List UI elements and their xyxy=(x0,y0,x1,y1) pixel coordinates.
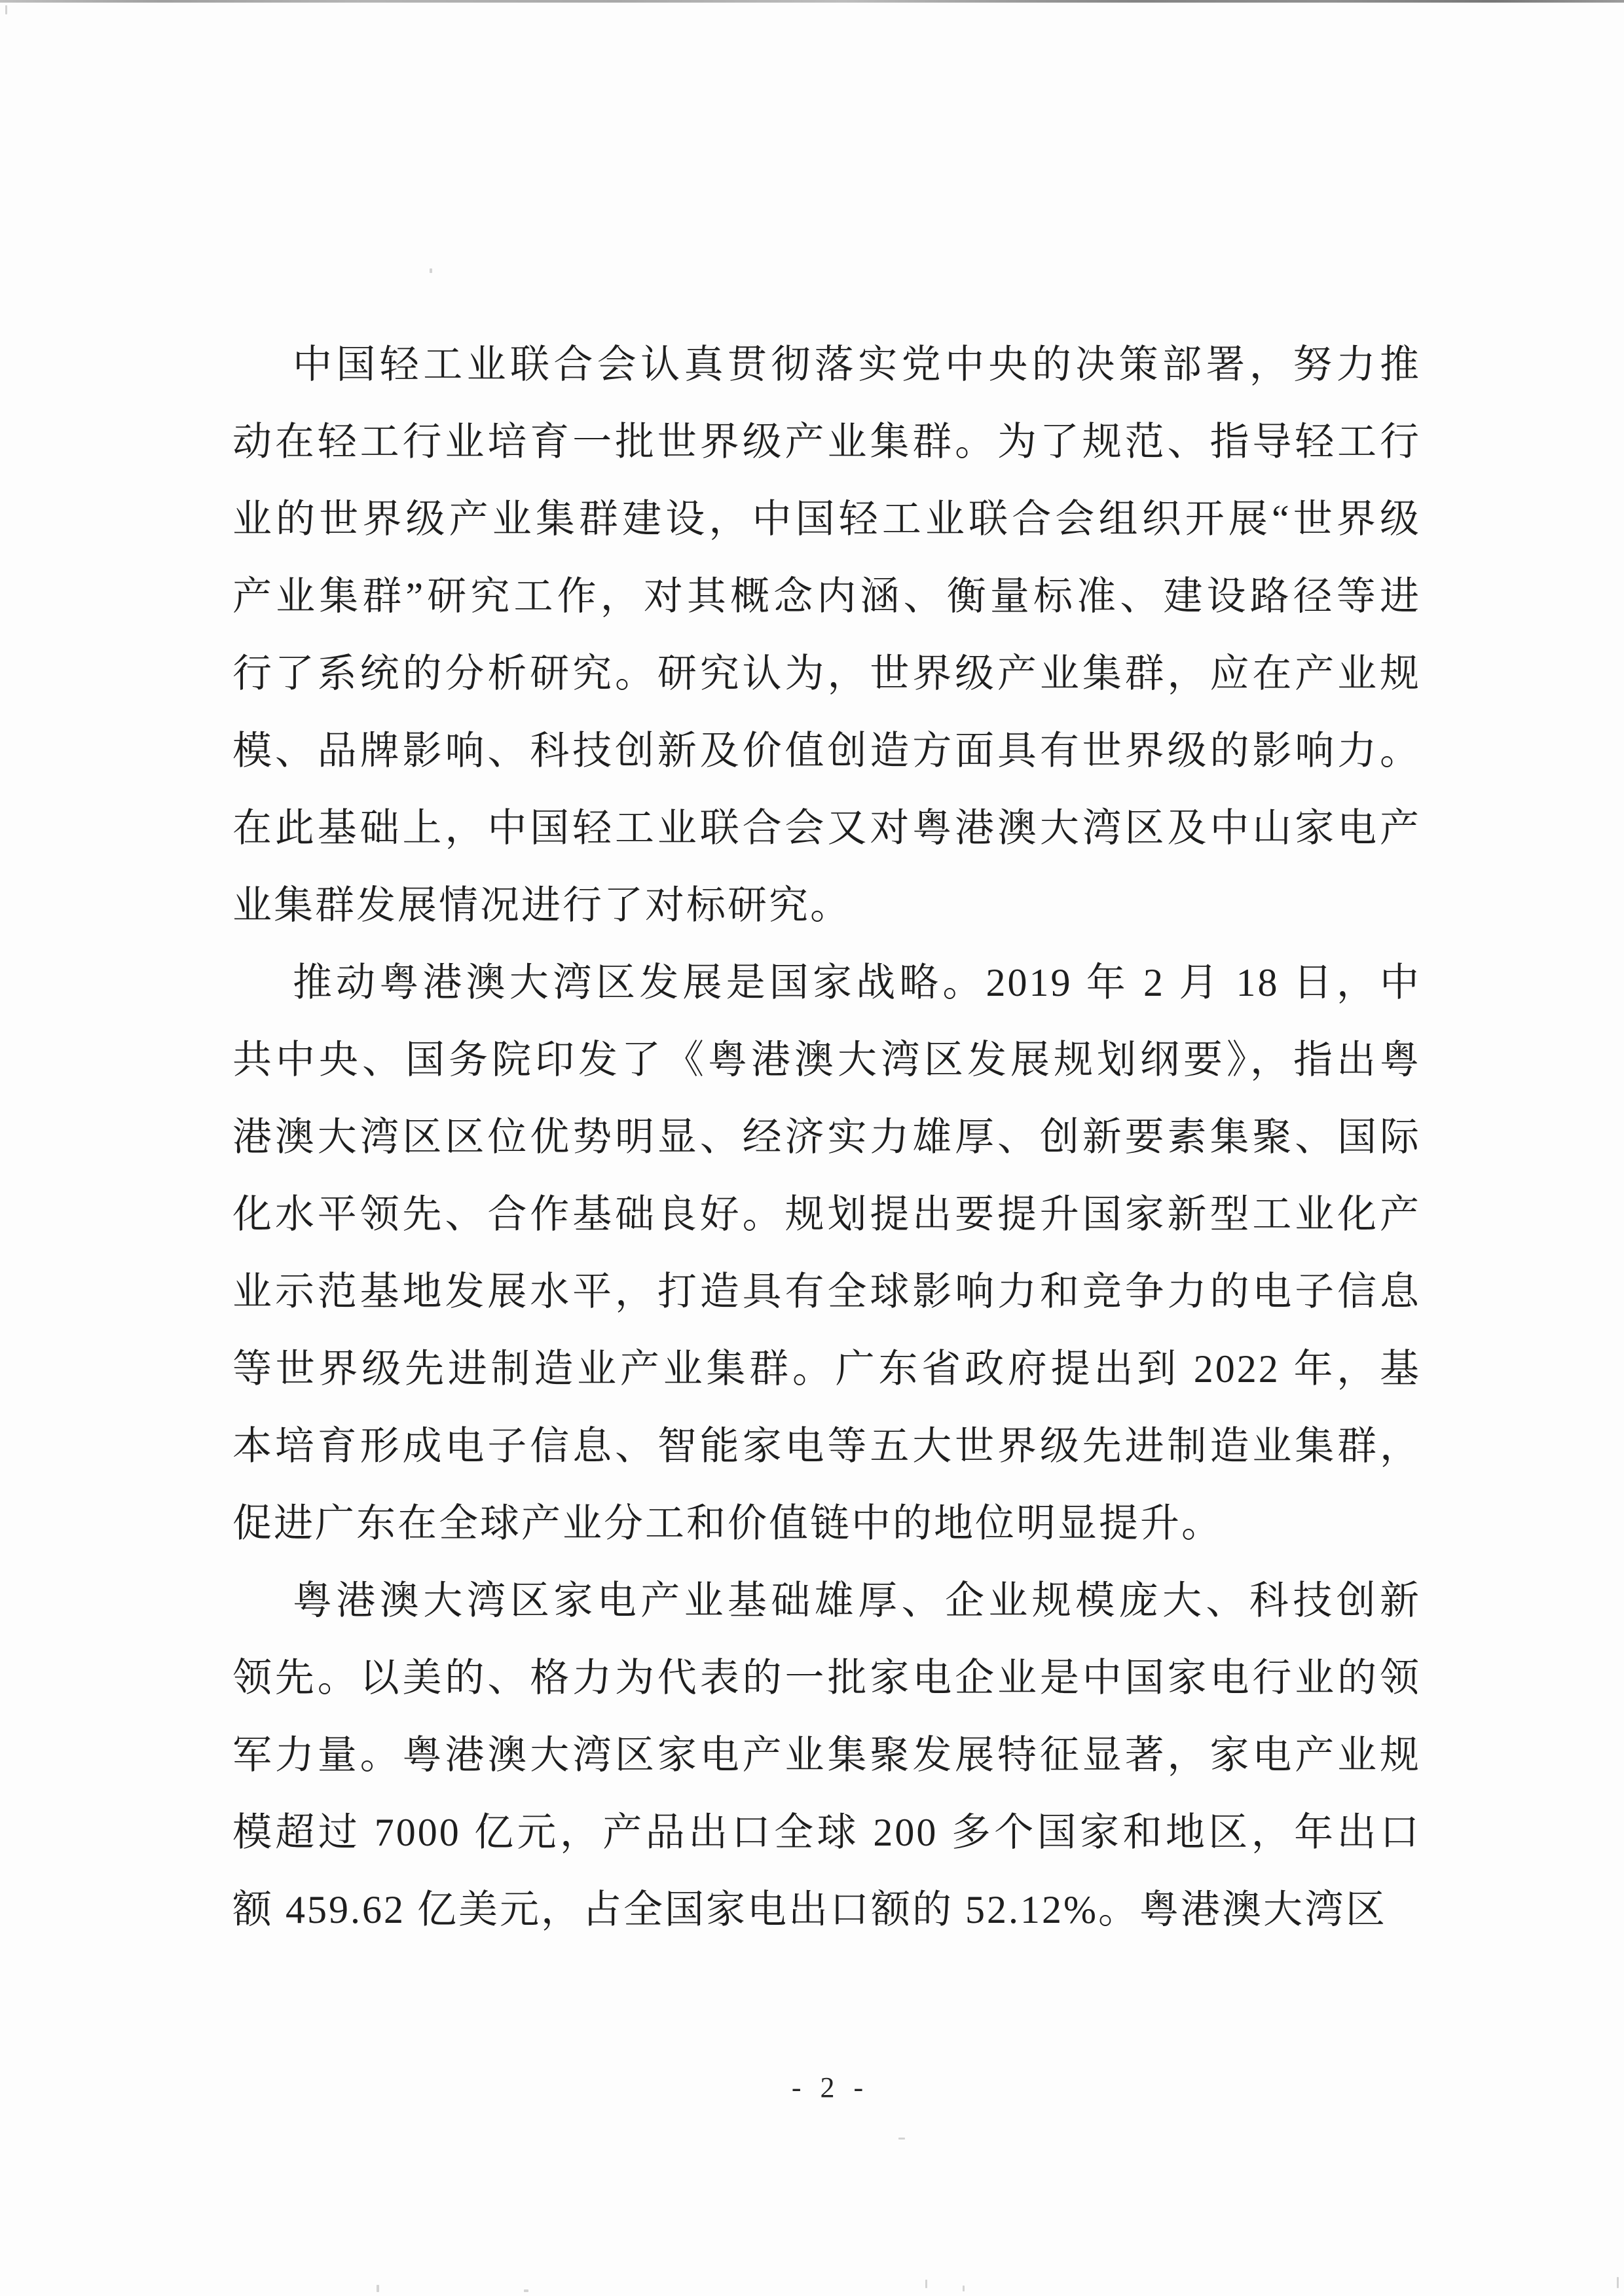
text-line: 额 459.62 亿美元，占全国家电出口额的 52.12%。粤港澳大湾区 xyxy=(232,1871,1421,1948)
scan-speck xyxy=(1617,2277,1619,2288)
text-line: 业示范基地发展水平，打造具有全球影响力和竞争力的电子信息 xyxy=(232,1253,1421,1330)
text-line: 军力量。粤港澳大湾区家电产业集聚发展特征显著，家电产业规 xyxy=(232,1717,1421,1794)
page-number: - 2 - xyxy=(18,2071,1624,2105)
scan-speck xyxy=(898,2138,905,2140)
text-line: 粤港澳大湾区家电产业基础雄厚、企业规模庞大、科技创新 xyxy=(232,1562,1421,1639)
text-line: 本培育形成电子信息、智能家电等五大世界级先进制造业集群， xyxy=(232,1408,1421,1485)
text-line: 港澳大湾区区位优势明显、经济实力雄厚、创新要素集聚、国际 xyxy=(232,1099,1421,1176)
scan-speck xyxy=(430,268,432,273)
paragraph: 粤港澳大湾区家电产业基础雄厚、企业规模庞大、科技创新领先。以美的、格力为代表的一… xyxy=(232,1562,1421,1948)
scan-speck xyxy=(377,2285,379,2292)
text-line: 产业集群”研究工作，对其概念内涵、衡量标准、建设路径等进 xyxy=(232,558,1421,635)
scan-speck xyxy=(524,2289,528,2292)
text-line: 推动粤港澳大湾区发展是国家战略。2019 年 2 月 18 日，中 xyxy=(232,944,1421,1021)
paragraph: 推动粤港澳大湾区发展是国家战略。2019 年 2 月 18 日，中共中央、国务院… xyxy=(232,944,1421,1562)
text-line: 共中央、国务院印发了《粤港澳大湾区发展规划纲要》，指出粤 xyxy=(232,1021,1421,1099)
text-line: 促进广东在全球产业分工和价值链中的地位明显提升。 xyxy=(232,1485,1421,1562)
scan-speck xyxy=(5,5,7,14)
paragraph: 中国轻工业联合会认真贯彻落实党中央的决策部署，努力推动在轻工行业培育一批世界级产… xyxy=(232,326,1421,944)
document-body: 中国轻工业联合会认真贯彻落实党中央的决策部署，努力推动在轻工行业培育一批世界级产… xyxy=(232,326,1421,1948)
text-line: 在此基础上，中国轻工业联合会又对粤港澳大湾区及中山家电产 xyxy=(232,790,1421,867)
text-line: 业集群发展情况进行了对标研究。 xyxy=(232,867,1421,944)
text-line: 行了系统的分析研究。研究认为，世界级产业集群，应在产业规 xyxy=(232,635,1421,712)
text-line: 等世界级先进制造业产业集群。广东省政府提出到 2022 年，基 xyxy=(232,1330,1421,1408)
document-page: 中国轻工业联合会认真贯彻落实党中央的决策部署，努力推动在轻工行业培育一批世界级产… xyxy=(0,0,1624,2296)
scan-speck xyxy=(963,2286,965,2291)
text-line: 模超过 7000 亿元，产品出口全球 200 多个国家和地区，年出口 xyxy=(232,1794,1421,1871)
text-line: 动在轻工行业培育一批世界级产业集群。为了规范、指导轻工行 xyxy=(232,403,1421,481)
text-line: 业的世界级产业集群建设，中国轻工业联合会组织开展“世界级 xyxy=(232,481,1421,558)
text-line: 中国轻工业联合会认真贯彻落实党中央的决策部署，努力推 xyxy=(232,326,1421,403)
scan-edge-artifact xyxy=(0,0,1624,3)
text-line: 领先。以美的、格力为代表的一批家电企业是中国家电行业的领 xyxy=(232,1639,1421,1717)
text-line: 化水平领先、合作基础良好。规划提出要提升国家新型工业化产 xyxy=(232,1176,1421,1253)
text-line: 模、品牌影响、科技创新及价值创造方面具有世界级的影响力。 xyxy=(232,712,1421,790)
scan-speck xyxy=(925,2280,927,2288)
